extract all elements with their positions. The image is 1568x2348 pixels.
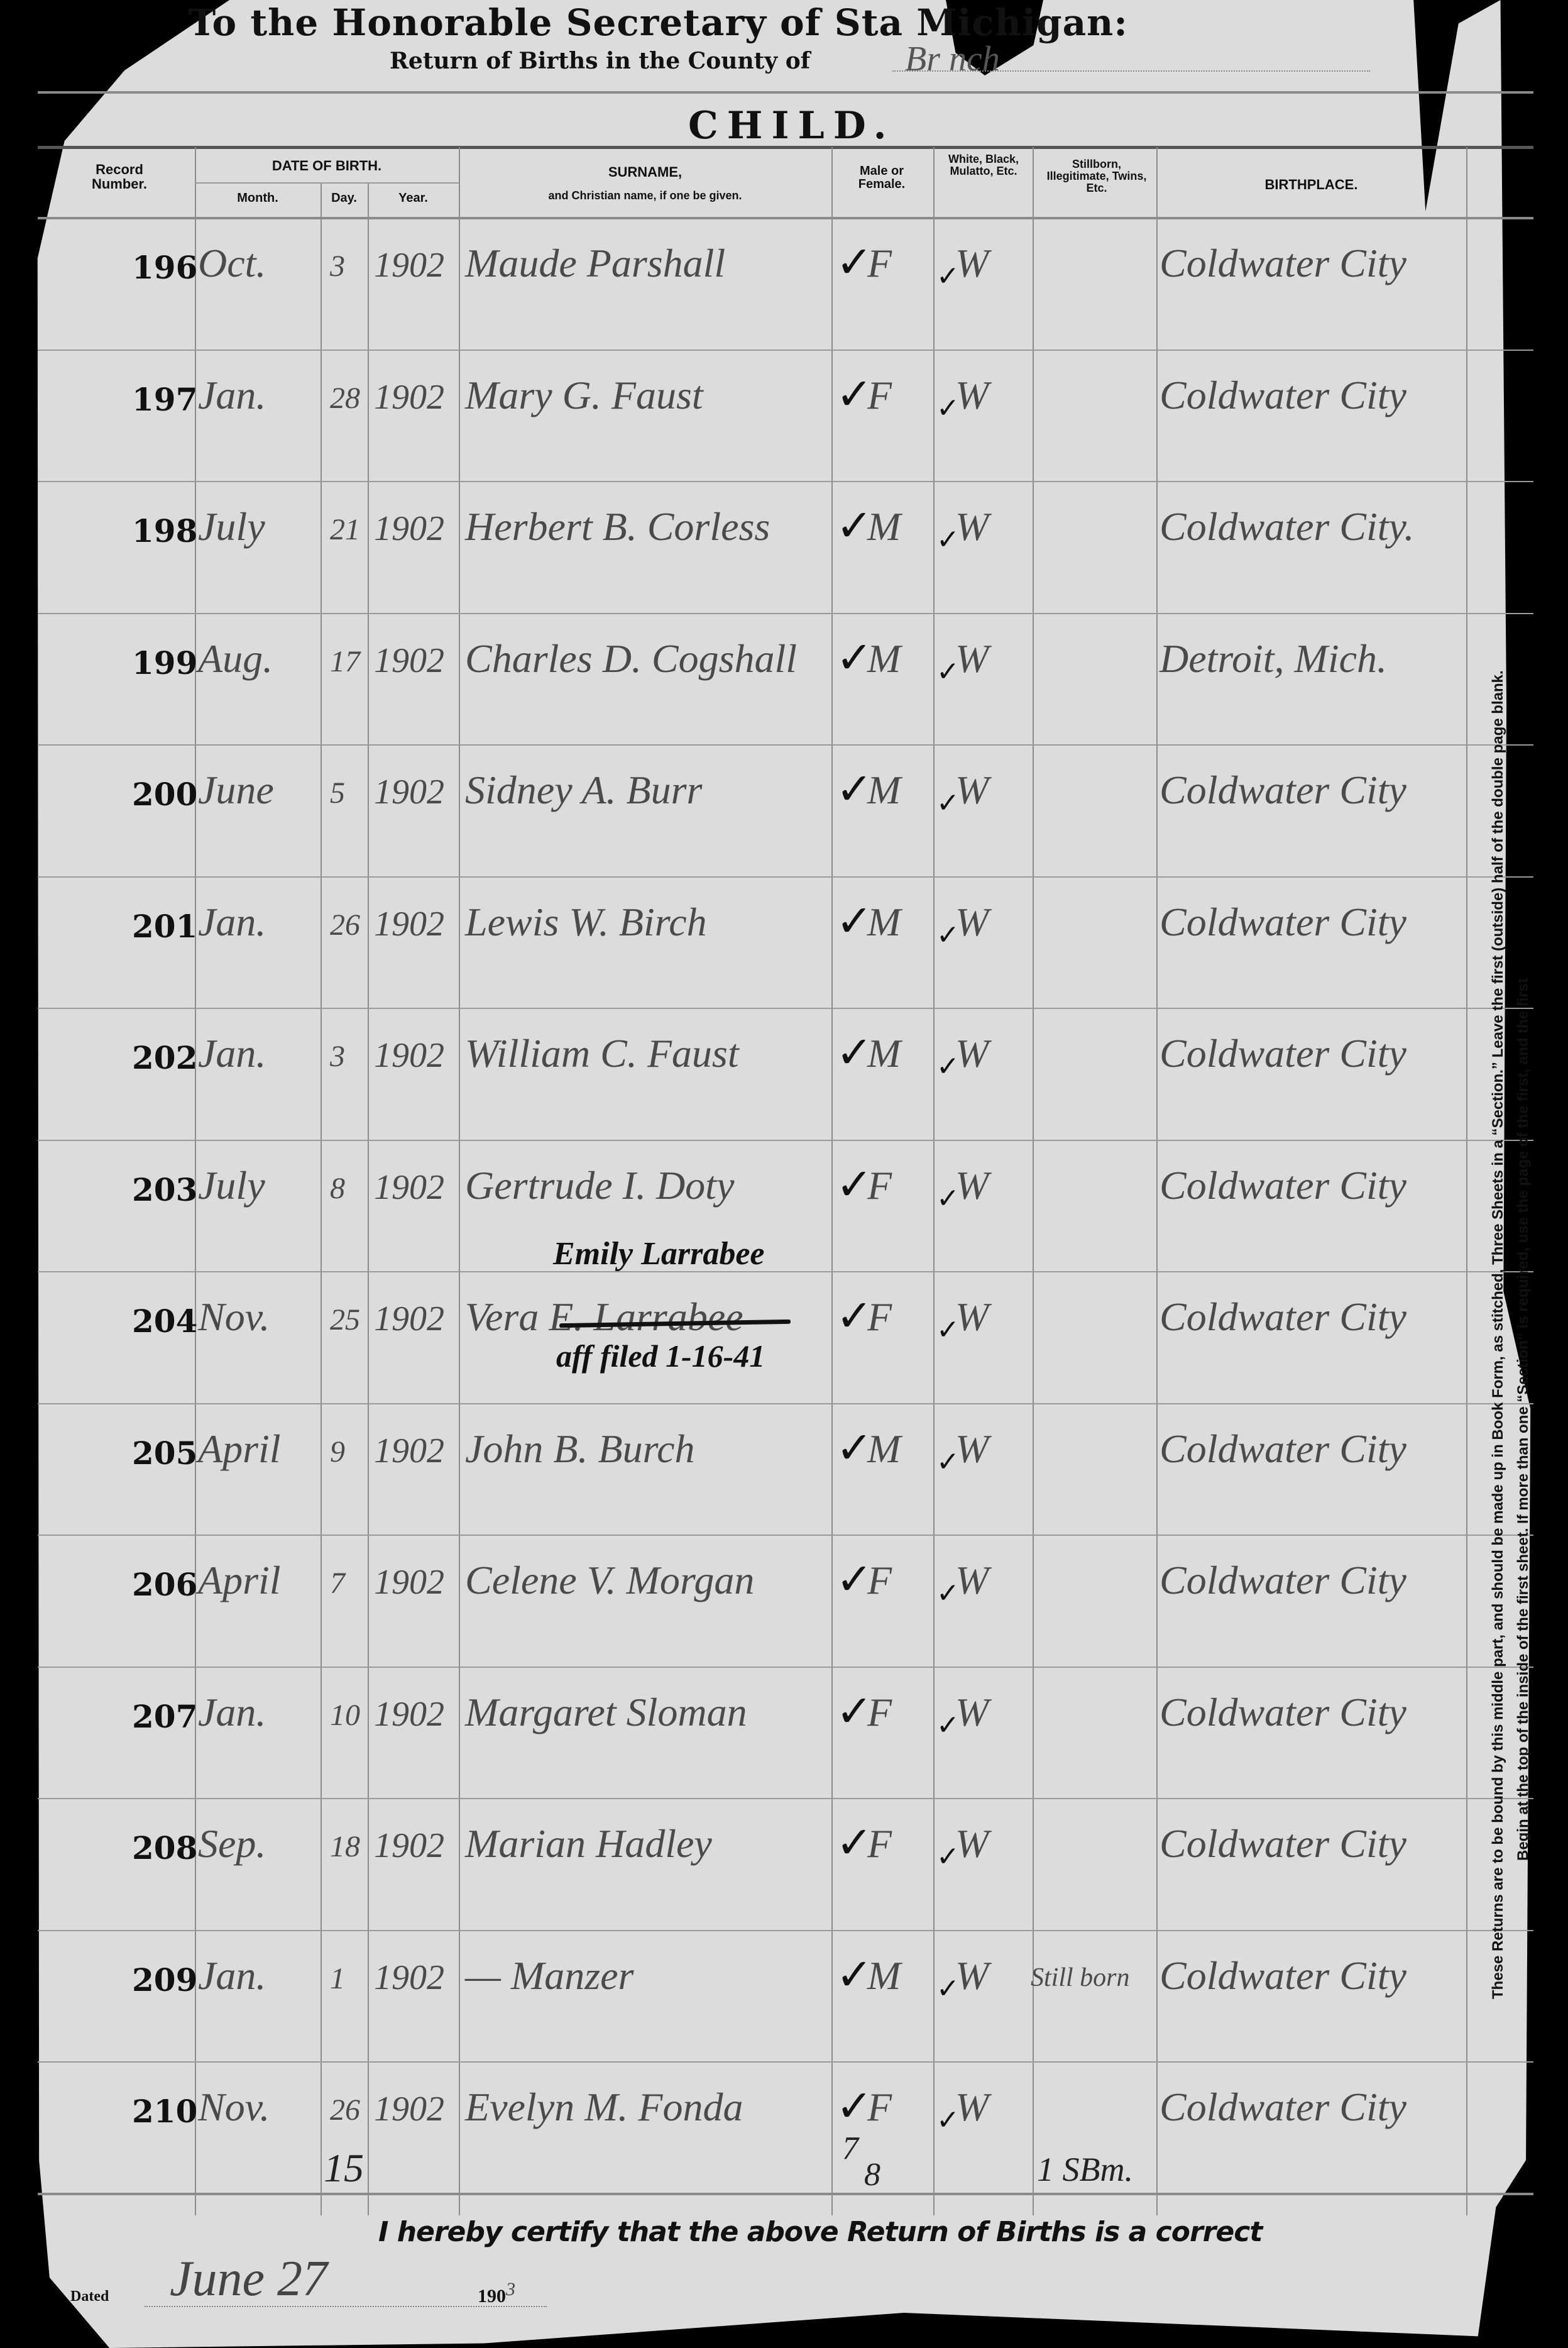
correction-annotation: Emily Larrabee	[553, 1235, 765, 1272]
header-race: White, Black, Mulatto, Etc.	[940, 153, 1028, 177]
birth-day: 18	[330, 1829, 360, 1864]
race: W	[955, 1030, 989, 1077]
record-number: 206	[132, 1566, 197, 1603]
row-divider	[38, 744, 1533, 746]
birth-month: Oct.	[198, 240, 266, 287]
birth-day: 21	[330, 512, 360, 547]
birth-month: Nov.	[198, 1294, 270, 1340]
birth-day: 17	[330, 644, 360, 679]
sex: M	[867, 1426, 901, 1472]
birth-year: 1902	[374, 772, 444, 812]
sex: F	[867, 2084, 892, 2130]
birthplace: Coldwater City.	[1160, 504, 1414, 550]
race: W	[955, 899, 989, 945]
child-name: Herbert B. Corless	[465, 504, 770, 550]
child-name: Marian Hadley	[465, 1821, 712, 1867]
record-number: 198	[132, 512, 197, 549]
birth-month: Jan.	[198, 899, 266, 945]
birth-month: July	[198, 1162, 265, 1209]
header-month: Month.	[195, 192, 321, 205]
row-divider	[38, 350, 1533, 351]
birth-year: 1902	[374, 245, 444, 285]
record-number: 203	[132, 1171, 197, 1208]
sex: M	[867, 899, 901, 945]
rule	[38, 146, 1533, 149]
race: W	[955, 636, 989, 682]
birthplace: Coldwater City	[1160, 1426, 1406, 1472]
birth-day: 3	[330, 1039, 345, 1074]
table-row: 201 Jan. 26 1902 Lewis W. Birch ✓ M ✓ W …	[38, 878, 1461, 1015]
header-surname-sub: and Christian name, if one be given.	[459, 190, 831, 202]
total-females: 7	[842, 2130, 858, 2167]
table-row: 209 Jan. 1 1902 — Manzer ✓ M ✓ W Still b…	[38, 1931, 1461, 2068]
birthplace: Coldwater City	[1160, 1557, 1406, 1604]
birth-day: 7	[330, 1566, 345, 1601]
row-divider	[38, 481, 1533, 482]
dated-year-prefix: 190	[478, 2286, 506, 2307]
total-stillborn: 1 SBm.	[1037, 2150, 1133, 2189]
child-name: — Manzer	[465, 1953, 633, 1999]
row-divider	[38, 1667, 1533, 1668]
dated-year-digit: 3	[506, 2279, 515, 2300]
sex: F	[867, 372, 892, 419]
birth-day: 26	[330, 908, 360, 942]
birth-status: Still born	[1031, 1963, 1130, 1993]
birth-year: 1902	[374, 509, 444, 549]
table-row: 206 April 7 1902 Celene V. Morgan ✓ F ✓ …	[38, 1536, 1461, 1673]
birthplace: Coldwater City	[1160, 1030, 1406, 1077]
side-note-binding: These Returns are to be bound by this mi…	[1489, 670, 1507, 1999]
birth-month: April	[198, 1426, 281, 1472]
header-day: Day.	[321, 192, 368, 205]
birthplace: Coldwater City	[1160, 1689, 1406, 1736]
side-note-begin: Begin at the top of the inside of the fi…	[1515, 978, 1532, 1861]
row-divider	[38, 1140, 1533, 1141]
birth-year: 1902	[374, 1958, 444, 1998]
record-number: 202	[132, 1039, 197, 1076]
sex: F	[867, 1689, 892, 1736]
birth-day: 26	[330, 2093, 360, 2127]
birth-year: 1902	[374, 641, 444, 681]
birth-month: Jan.	[198, 1953, 266, 1999]
birth-day: 3	[330, 249, 345, 284]
affidavit-note: aff filed 1-16-41	[556, 1338, 765, 1374]
race: W	[955, 504, 989, 550]
table-row: 196 Oct. 3 1902 Maude Parshall ✓ F ✓ W C…	[38, 219, 1461, 356]
header-date-of-birth: DATE OF BIRTH.	[195, 158, 459, 173]
record-number: 209	[132, 1961, 197, 1998]
record-number: 196	[132, 249, 197, 286]
race: W	[955, 1426, 989, 1472]
dated-value: June 27	[170, 2251, 327, 2308]
birth-day: 25	[330, 1303, 360, 1337]
birth-month: April	[198, 1557, 281, 1604]
birth-month: Aug.	[198, 636, 273, 682]
record-number: 201	[132, 908, 197, 945]
sex: M	[867, 1953, 901, 1999]
child-name: Maude Parshall	[465, 240, 725, 287]
rule	[38, 2193, 1533, 2195]
race: W	[955, 1557, 989, 1604]
child-name: Celene V. Morgan	[465, 1557, 754, 1604]
birth-month: July	[198, 504, 265, 550]
dated-year: 1903	[478, 2279, 515, 2307]
sex: F	[867, 240, 892, 287]
dated-label: Dated	[70, 2288, 109, 2305]
sex: M	[867, 504, 901, 550]
header-status: Stillborn, Illegitimate, Twins, Etc.	[1040, 158, 1153, 194]
record-number: 208	[132, 1829, 197, 1866]
row-divider	[38, 1798, 1533, 1799]
header-record-number: Record Number.	[82, 162, 157, 191]
record-number: 205	[132, 1435, 197, 1472]
birthplace: Detroit, Mich.	[1160, 636, 1387, 682]
header-year: Year.	[368, 192, 459, 205]
rule	[38, 91, 1533, 94]
table-row: 200 June 5 1902 Sidney A. Burr ✓ M ✓ W C…	[38, 746, 1461, 883]
section-title: CHILD.	[688, 104, 895, 148]
race: W	[955, 1689, 989, 1736]
race: W	[955, 767, 989, 813]
birthplace: Coldwater City	[1160, 1162, 1406, 1209]
header-surname: SURNAME,	[459, 165, 831, 179]
race: W	[955, 240, 989, 287]
birthplace: Coldwater City	[1160, 1821, 1406, 1867]
birth-month: Jan.	[198, 1030, 266, 1077]
birth-year: 1902	[374, 2089, 444, 2129]
birthplace: Coldwater City	[1160, 767, 1406, 813]
birth-day: 1	[330, 1961, 345, 1996]
sex: M	[867, 767, 901, 813]
record-number: 197	[132, 381, 197, 418]
sex: M	[867, 1030, 901, 1077]
birth-month: Sep.	[198, 1821, 266, 1867]
child-name: Sidney A. Burr	[465, 767, 702, 813]
table-row: 208 Sep. 18 1902 Marian Hadley ✓ F ✓ W C…	[38, 1799, 1461, 1936]
form-title: To the Honorable Secretary of Sta Michig…	[189, 1, 1128, 44]
child-name: Charles D. Cogshall	[465, 636, 797, 682]
row-divider	[38, 876, 1533, 878]
total-count: 15	[324, 2145, 364, 2191]
birth-year: 1902	[374, 1299, 444, 1339]
certification-statement: I hereby certify that the above Return o…	[378, 2216, 1262, 2248]
birthplace: Coldwater City	[1160, 899, 1406, 945]
birth-year: 1902	[374, 904, 444, 944]
record-number: 199	[132, 644, 197, 681]
row-divider	[38, 1271, 1533, 1272]
table-row: 207 Jan. 10 1902 Margaret Sloman ✓ F ✓ W…	[38, 1668, 1461, 1805]
birth-month: Nov.	[198, 2084, 270, 2130]
birth-month: Jan.	[198, 372, 266, 419]
row-divider	[38, 1008, 1533, 1009]
row-divider	[38, 1403, 1533, 1404]
row-divider	[38, 1535, 1533, 1536]
row-divider	[38, 613, 1533, 614]
race: W	[955, 1821, 989, 1867]
row-divider	[38, 2061, 1533, 2063]
birth-day: 9	[330, 1435, 345, 1469]
race: W	[955, 2084, 989, 2130]
birth-day: 5	[330, 776, 345, 810]
birthplace: Coldwater City	[1160, 1294, 1406, 1340]
child-name: Mary G. Faust	[465, 372, 703, 419]
birth-year: 1902	[374, 377, 444, 417]
header-sex: Male or Female.	[844, 165, 919, 191]
record-number: 204	[132, 1303, 197, 1340]
birth-year: 1902	[374, 1562, 444, 1602]
birthplace: Coldwater City	[1160, 1953, 1406, 1999]
birthplace: Coldwater City	[1160, 2084, 1406, 2130]
child-name: John B. Burch	[465, 1426, 695, 1472]
birth-month: Jan.	[198, 1689, 266, 1736]
birth-year: 1902	[374, 1431, 444, 1471]
sex: F	[867, 1294, 892, 1340]
birth-year: 1902	[374, 1694, 444, 1734]
table-row: 199 Aug. 17 1902 Charles D. Cogshall ✓ M…	[38, 614, 1461, 751]
birth-day: 10	[330, 1698, 360, 1733]
birth-year: 1902	[374, 1035, 444, 1076]
table-row: 197 Jan. 28 1902 Mary G. Faust ✓ F ✓ W C…	[38, 351, 1461, 488]
row-divider	[38, 1930, 1533, 1931]
birth-month: June	[198, 767, 274, 813]
birthplace: Coldwater City	[1160, 240, 1406, 287]
birth-day: 28	[330, 381, 360, 416]
child-name: Lewis W. Birch	[465, 899, 707, 945]
sex: M	[867, 636, 901, 682]
header-birthplace: BIRTHPLACE.	[1156, 177, 1466, 192]
table-row: 198 July 21 1902 Herbert B. Corless ✓ M …	[38, 482, 1461, 619]
race: W	[955, 1953, 989, 1999]
record-number: 210	[132, 2093, 197, 2130]
race: W	[955, 1294, 989, 1340]
form-subtitle: Return of Births in the County of	[390, 48, 810, 74]
record-number: 200	[132, 776, 197, 813]
child-name: Vera E. Larrabee	[465, 1294, 743, 1340]
birth-year: 1902	[374, 1826, 444, 1866]
child-name: Evelyn M. Fonda	[465, 2084, 743, 2130]
birth-day: 8	[330, 1171, 345, 1206]
sex: F	[867, 1162, 892, 1209]
record-number: 207	[132, 1698, 197, 1735]
county-value: Br nch	[905, 39, 1000, 79]
sex: F	[867, 1557, 892, 1604]
total-males: 8	[864, 2156, 880, 2193]
col-divider	[1466, 147, 1467, 2215]
sex: F	[867, 1821, 892, 1867]
race: W	[955, 1162, 989, 1209]
child-name: Gertrude I. Doty	[465, 1162, 734, 1209]
birth-year: 1902	[374, 1167, 444, 1208]
rule	[195, 182, 459, 184]
race: W	[955, 372, 989, 419]
table-row: 205 April 9 1902 John B. Burch ✓ M ✓ W C…	[38, 1404, 1461, 1541]
table-row: 210 Nov. 26 1902 Evelyn M. Fonda ✓ F ✓ W…	[38, 2063, 1461, 2200]
birthplace: Coldwater City	[1160, 372, 1406, 419]
child-name: Margaret Sloman	[465, 1689, 747, 1736]
table-row: 202 Jan. 3 1902 William C. Faust ✓ M ✓ W…	[38, 1009, 1461, 1146]
child-name: William C. Faust	[465, 1030, 739, 1077]
